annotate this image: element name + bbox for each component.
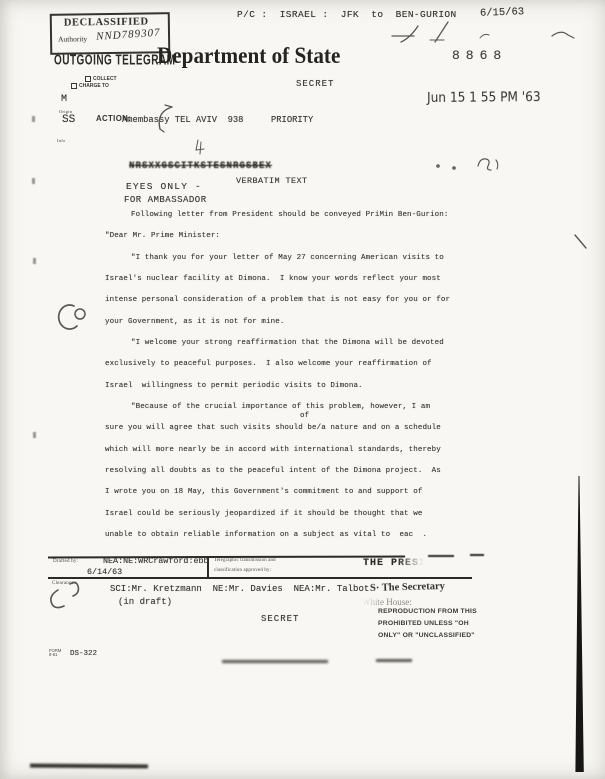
transmission-approval-label: Telegraphic transmission and	[214, 558, 276, 563]
drafted-date: 6/14/63	[87, 567, 122, 577]
body-line: Israel willingness to permit periodic vi…	[105, 382, 585, 403]
in-draft-note: (in draft)	[118, 597, 172, 607]
classification-bottom: SECRET	[261, 614, 299, 624]
body-line: unable to obtain reliable information on…	[105, 531, 585, 552]
body-line: exclusively to peaceful purposes. I also…	[105, 360, 585, 381]
charge-label: CHARGE TO	[79, 83, 109, 89]
handwritten-marks-mid	[430, 150, 520, 176]
authority-label: Authority	[58, 34, 87, 43]
white-house-clearance: White House:	[362, 597, 412, 607]
handwritten-circle-margin	[40, 300, 86, 342]
collect-checkbox-icon	[85, 76, 91, 82]
time-received-stamp: Jun 15 1 55 PM '63	[427, 89, 541, 106]
serial-number: 8868	[452, 48, 507, 63]
body-line: Following letter from President should b…	[105, 211, 585, 232]
scan-edge-mark	[33, 258, 36, 264]
classification-top: SECRET	[296, 79, 334, 89]
body-line: resolving all doubts as to the peaceful …	[105, 467, 585, 488]
handwritten-scribble-top	[330, 16, 590, 48]
body-line: which will more nearly be in accord with…	[105, 446, 585, 467]
body-line: "I welcome your strong reaffirmation tha…	[105, 339, 585, 360]
message-body: Following letter from President should b…	[105, 211, 585, 553]
for-ambassador-label: FOR AMBASSADOR	[124, 195, 207, 205]
handwritten-arrow-mark	[148, 104, 182, 132]
origin-value: SS	[62, 114, 75, 126]
scan-smudge-center-2	[376, 659, 412, 662]
form-label-line: 8-61	[49, 653, 61, 657]
verbatim-text-label: VERBATIM TEXT	[236, 176, 308, 186]
drafted-by-value: NEA:NE:WRCrawford:ebb	[103, 556, 209, 566]
approved-by-value: THE PRESI	[363, 558, 426, 569]
reproduction-stamp-line: REPRODUCTION FROM THIS	[378, 608, 477, 615]
scan-edge-mark	[32, 178, 35, 184]
authority-number: NND789307	[96, 27, 161, 43]
form-number-small: FORM 8-61	[49, 649, 61, 658]
action-addressee: Amembassy TEL AVIV 938	[122, 115, 243, 125]
footer-rule-middle	[48, 577, 472, 579]
reproduction-stamp-line: ONLY" OR "UNCLASSIFIED"	[378, 632, 475, 639]
body-line: I wrote you on 18 May, this Government's…	[105, 488, 585, 509]
scan-smudge-bottom-left	[30, 764, 148, 769]
indicator-m: M	[61, 94, 67, 105]
declassified-label: DECLASSIFIED	[64, 16, 149, 28]
body-line: "Dear Mr. Prime Minister:	[105, 232, 585, 253]
form-code: DS-322	[70, 650, 97, 658]
department-title: Department of State	[157, 43, 340, 69]
body-line: Israel's nuclear facility at Dimona. I k…	[105, 275, 585, 296]
clearances-value: SCI:Mr. Kretzmann NE:Mr. Davies NEA:Mr. …	[110, 584, 369, 594]
transmission-approval-label: classification approved by:	[214, 568, 271, 573]
footer-smudge-dash	[470, 554, 484, 556]
body-line: "Because of the crucial importance of th…	[105, 403, 585, 424]
footer-smudge-dash	[428, 555, 454, 557]
charge-checkbox-icon	[71, 83, 77, 89]
eyes-only-label: EYES ONLY -	[126, 181, 202, 192]
body-line: your Government, as it is not for mine.	[105, 318, 585, 339]
precedence-label: PRIORITY	[271, 115, 313, 125]
handwritten-mark-small	[192, 138, 212, 158]
body-line: intense personal consideration of a prob…	[105, 296, 585, 317]
handwritten-circle-footer	[42, 576, 86, 620]
body-line: "I thank you for your letter of May 27 c…	[105, 254, 585, 275]
inserted-correction-word: of	[300, 412, 309, 420]
collect-label: COLLECT	[93, 76, 117, 82]
scan-smudge-center	[222, 660, 328, 663]
info-label: Info	[57, 138, 65, 143]
body-line: sure you will agree that such visits sho…	[105, 424, 585, 445]
handwritten-tick-right	[570, 232, 592, 254]
scan-edge-mark	[32, 116, 35, 122]
declassified-stamp: DECLASSIFIED Authority NND789307	[50, 12, 171, 55]
drafted-by-label: Drafted by:	[53, 559, 78, 564]
body-line: Israel could be seriously jeopardized if…	[105, 510, 585, 531]
secretary-clearance: S· The Secretary	[370, 581, 445, 594]
reproduction-stamp-line: PROHIBITED UNLESS "OH	[378, 620, 469, 627]
charge-checkbox-row: CHARGE TO	[71, 83, 109, 89]
telegram-page: DECLASSIFIED Authority NND789307 P/C : I…	[0, 0, 605, 779]
collect-checkbox-row: COLLECT	[85, 76, 117, 82]
overstruck-routing-line: NRSXXGSCITKSTESNRGSBEX	[129, 161, 272, 172]
scan-edge-mark	[33, 432, 36, 438]
